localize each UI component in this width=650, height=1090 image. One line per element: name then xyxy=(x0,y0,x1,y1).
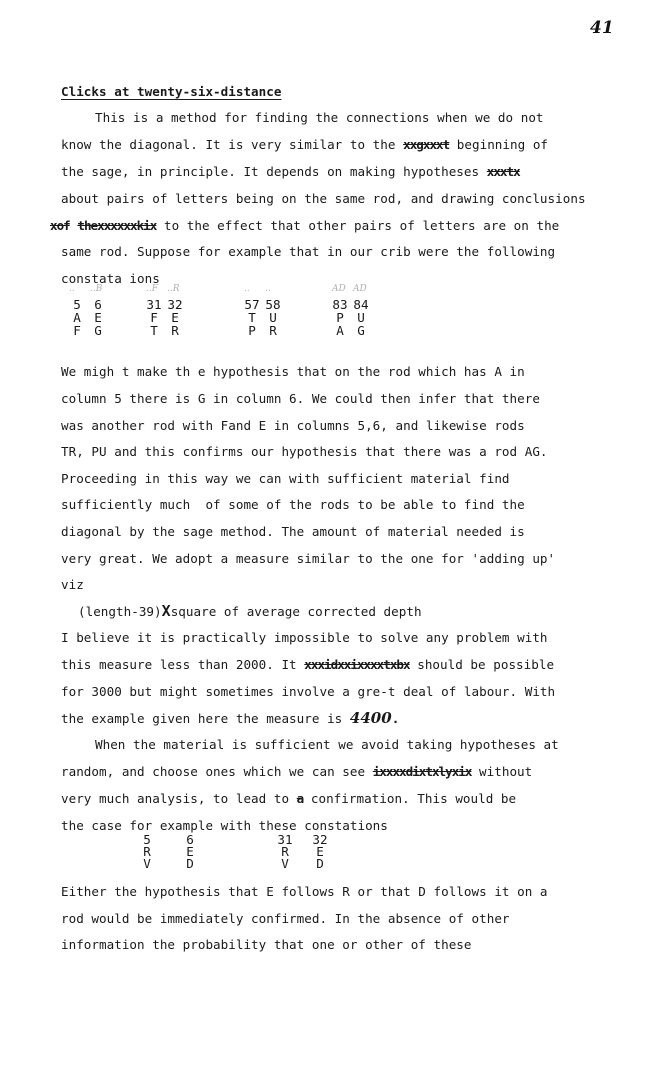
text-line: sufficiently much of some of the rods to… xyxy=(61,497,525,513)
struck-word: xxxtx xyxy=(487,164,520,179)
table-cell: P xyxy=(242,325,262,336)
text-line: I believe it is practically impossible t… xyxy=(61,630,548,646)
text-fragment: very much analysis, to lead to xyxy=(61,791,289,806)
text-line: TR, PU and this confirms our hypothesis … xyxy=(61,444,548,460)
text-fragment: without xyxy=(479,764,532,779)
text-line: was another rod with Fand E in columns 5… xyxy=(61,418,525,434)
struck-word: ixxxxdixtxlyxix xyxy=(373,764,472,779)
text-fragment: beginning of xyxy=(457,137,548,152)
text-line: know the diagonal. It is very similar to… xyxy=(61,137,548,153)
text-line: column 5 there is G in column 6. We coul… xyxy=(61,391,540,407)
text-line: Either the hypothesis that E follows R o… xyxy=(61,884,548,900)
table-cell: T xyxy=(144,325,164,336)
column-header: 6 xyxy=(88,299,108,310)
table-cell: D xyxy=(180,858,200,869)
column-header: 83 xyxy=(330,299,350,310)
text-fragment: to the effect that other pairs of letter… xyxy=(164,218,559,233)
text-line: the example given here the measure is 44… xyxy=(61,710,399,727)
text-fragment: . xyxy=(392,711,400,726)
text-line: rod would be immediately confirmed. In t… xyxy=(61,911,510,927)
column-header: 32 xyxy=(165,299,185,310)
formula: (length-39)Xsquare of average corrected … xyxy=(78,603,422,620)
text-fragment: the example given here the measure is xyxy=(61,711,342,726)
struck-word: xxxidxxixxxxtxbx xyxy=(304,657,409,672)
column-header: 31 xyxy=(144,299,164,310)
times-mark: X xyxy=(162,602,171,620)
text-fragment: know the diagonal. It is very similar to… xyxy=(61,137,396,152)
table-cell: U xyxy=(351,312,371,323)
formula-right: square of average corrected depth xyxy=(171,604,422,619)
text-line: We migh t make th e hypothesis that on t… xyxy=(61,364,525,380)
text-line: very great. We adopt a measure similar t… xyxy=(61,551,555,567)
table-cell: G xyxy=(88,325,108,336)
text-line: for 3000 but might sometimes involve a g… xyxy=(61,684,555,700)
table-cell: A xyxy=(330,325,350,336)
table-cell: E xyxy=(165,312,185,323)
text-line: When the material is sufficient we avoid… xyxy=(95,737,559,753)
column-header: 84 xyxy=(351,299,371,310)
pencil-annotation: .. xyxy=(265,284,271,295)
table-cell: G xyxy=(351,325,371,336)
text-line: diagonal by the sage method. The amount … xyxy=(61,524,525,540)
table-cell: F xyxy=(67,325,87,336)
pencil-annotation: .. xyxy=(69,284,75,295)
column-header: 57 xyxy=(242,299,262,310)
text-line: information the probability that one or … xyxy=(61,937,472,953)
handwritten-value: 4400 xyxy=(350,709,392,727)
text-line: xof thexxxxxxkix to the effect that othe… xyxy=(50,218,559,234)
table-cell: V xyxy=(137,858,157,869)
table-cell: E xyxy=(88,312,108,323)
table-cell: R xyxy=(263,325,283,336)
text-line: same rod. Suppose for example that in ou… xyxy=(61,244,555,260)
table-cell: F xyxy=(144,312,164,323)
pencil-annotation: ..B xyxy=(90,284,102,295)
struck-word: thexxxxxxkix xyxy=(77,218,156,233)
table-cell: V xyxy=(275,858,295,869)
pencil-annotation: ..F xyxy=(146,284,158,295)
table-cell: P xyxy=(330,312,350,323)
text-line: about pairs of letters being on the same… xyxy=(61,191,586,207)
text-line: this measure less than 2000. It xxxidxxi… xyxy=(61,657,554,673)
text-fragment: confirmation. This would be xyxy=(311,791,516,806)
text-fragment: this measure less than 2000. It xyxy=(61,657,297,672)
text-fragment: random, and choose ones which we can see xyxy=(61,764,365,779)
struck-word: xof xyxy=(50,218,70,233)
text-line: This is a method for finding the connect… xyxy=(95,110,544,126)
table-cell: T xyxy=(242,312,262,323)
text-line: constata ions xyxy=(61,271,160,287)
column-header: 58 xyxy=(263,299,283,310)
text-line: Proceeding in this way we can with suffi… xyxy=(61,471,510,487)
struck-word: xxgxxxt xyxy=(403,137,449,152)
pencil-annotation: .. xyxy=(244,284,250,295)
formula-left: (length-39) xyxy=(78,604,162,619)
section-title: Clicks at twenty-six-distance xyxy=(61,84,281,100)
text-line: random, and choose ones which we can see… xyxy=(61,764,532,780)
table-cell: U xyxy=(263,312,283,323)
column-header: 5 xyxy=(67,299,87,310)
table-cell: A xyxy=(67,312,87,323)
text-line: the sage, in principle. It depends on ma… xyxy=(61,164,520,180)
text-fragment: should be possible xyxy=(417,657,554,672)
page-number: 41 xyxy=(590,18,614,38)
pencil-annotation: ..R xyxy=(167,284,180,295)
struck-word: a xyxy=(297,791,304,806)
text-line: very much analysis, to lead to a confirm… xyxy=(61,791,516,807)
pencil-annotation: AD xyxy=(332,284,346,295)
table-cell: D xyxy=(310,858,330,869)
text-line: the case for example with these constati… xyxy=(61,818,388,834)
table-cell: R xyxy=(165,325,185,336)
text-fragment: the sage, in principle. It depends on ma… xyxy=(61,164,479,179)
pencil-annotation: AD xyxy=(353,284,367,295)
text-line: viz xyxy=(61,577,84,593)
